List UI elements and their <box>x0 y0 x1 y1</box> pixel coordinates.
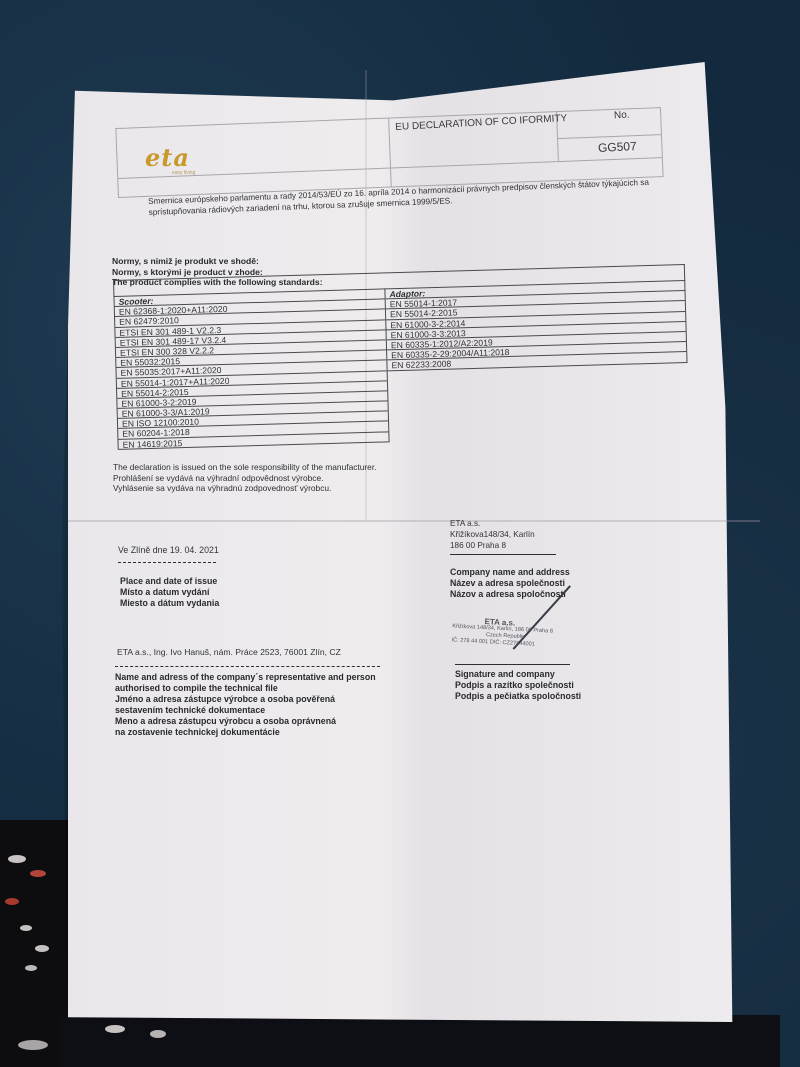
company-underline <box>450 554 556 555</box>
company-labels: Company name and address Název a adresa … <box>450 567 570 600</box>
signature-labels: Signature and company Podpis a razítko s… <box>455 669 581 702</box>
place-date-labels: Place and date of issue Místo a datum vy… <box>120 576 219 609</box>
representative-labels: Name and adress of the company´s represe… <box>115 672 376 738</box>
representative-underline <box>115 666 380 667</box>
eta-logo-tagline: easy living <box>172 170 195 176</box>
company-address: ETA a.s. Křižíkova148/34, Karlín 186 00 … <box>450 518 535 551</box>
document-number: GG507 <box>598 139 637 155</box>
place-date-underline <box>118 562 216 563</box>
scooter-standards: Scooter: EN 62368-1:2020+A11:2020EN 6247… <box>113 288 389 449</box>
adaptor-standards: Adaptor: EN 55014-1:2017EN 55014-2:2015E… <box>385 280 687 371</box>
signature-underline <box>455 664 570 665</box>
document-content: eta easy living EU DECLARATION OF CO IFO… <box>0 0 800 1067</box>
responsibility-statement: The declaration is issued on the sole re… <box>113 462 377 494</box>
eta-logo: eta <box>145 143 190 172</box>
representative-address: ETA a.s., Ing. Ivo Hanuš, nám. Práce 252… <box>117 647 341 657</box>
company-stamp: ETA a.s. Křižíkova 148/34, Karlín, 186 0… <box>451 616 553 649</box>
document-number-label: No. <box>614 110 630 122</box>
place-date-of-issue: Ve Zlíně dne 19. 04. 2021 <box>118 545 219 555</box>
